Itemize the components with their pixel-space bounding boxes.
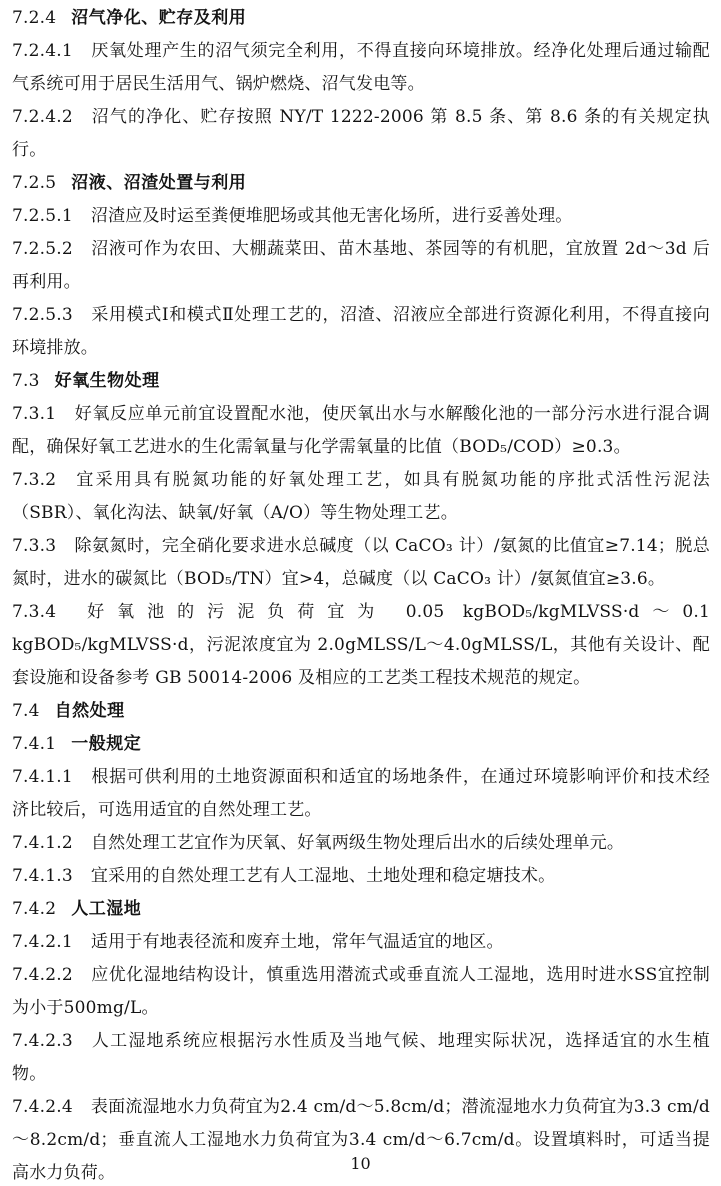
clause-text: 厌氧处理产生的沼气须完全利用，不得直接向环境排放。经净化处理后通过输配气系统可用… (12, 41, 710, 94)
clause-7-2-4-1: 7.2.4.1厌氧处理产生的沼气须完全利用，不得直接向环境排放。经净化处理后通过… (12, 35, 710, 101)
clause-title: 沼气净化、贮存及利用 (71, 8, 246, 28)
clause-7-3: 7.3好氧生物处理 (12, 365, 710, 398)
clause-7-3-4: 7.3.4好氧池的污泥负荷宜为 0.05 kgBOD₅/kgMLVSS·d～0.… (12, 596, 710, 695)
clause-7-2-5-1: 7.2.5.1沼渣应及时运至粪便堆肥场或其他无害化场所，进行妥善处理。 (12, 200, 710, 233)
clause-number: 7.4.2.3 (12, 1025, 73, 1058)
clause-7-3-2: 7.3.2宜采用具有脱氮功能的好氧处理工艺，如具有脱氮功能的序批式活性污泥法（S… (12, 464, 710, 530)
clause-text: 应优化湿地结构设计，慎重选用潜流式或垂直流人工湿地，选用时进水SS宜控制为小于5… (12, 965, 710, 1018)
clause-title: 好氧生物处理 (55, 371, 160, 391)
clause-text: 好氧池的污泥负荷宜为 0.05 kgBOD₅/kgMLVSS·d～0.1 kgB… (12, 602, 710, 688)
clause-title: 自然处理 (55, 701, 125, 721)
clause-number: 7.4.2 (12, 893, 56, 926)
clause-7-4-2-2: 7.4.2.2应优化湿地结构设计，慎重选用潜流式或垂直流人工湿地，选用时进水SS… (12, 959, 710, 1025)
clause-7-2-5: 7.2.5沼液、沼渣处置与利用 (12, 167, 710, 200)
clause-text: 沼气的净化、贮存按照 NY/T 1222-2006 第 8.5 条、第 8.6 … (12, 107, 710, 160)
page-number: 10 (0, 1154, 721, 1174)
clause-number: 7.3.1 (12, 398, 56, 431)
clause-7-4: 7.4自然处理 (12, 695, 710, 728)
document-page: 7.2.4沼气净化、贮存及利用 7.2.4.1厌氧处理产生的沼气须完全利用，不得… (0, 0, 721, 1186)
clause-text: 根据可供利用的土地资源面积和适宜的场地条件，在通过环境影响评价和技术经济比较后，… (12, 767, 710, 820)
clause-7-4-1-1: 7.4.1.1根据可供利用的土地资源面积和适宜的场地条件，在通过环境影响评价和技… (12, 761, 710, 827)
clause-number: 7.2.5.3 (12, 299, 73, 332)
clause-number: 7.3.4 (12, 596, 56, 629)
clause-number: 7.4.2.2 (12, 959, 73, 992)
clause-number: 7.4.1.3 (12, 860, 73, 893)
clause-title: 人工湿地 (71, 899, 141, 919)
clause-7-2-5-3: 7.2.5.3采用模式Ⅰ和模式Ⅱ处理工艺的，沼渣、沼液应全部进行资源化利用，不得… (12, 299, 710, 365)
clause-title: 沼液、沼渣处置与利用 (71, 173, 246, 193)
clause-7-4-2: 7.4.2人工湿地 (12, 893, 710, 926)
clause-number: 7.2.4.1 (12, 35, 73, 68)
clause-number: 7.4 (12, 695, 40, 728)
clause-7-3-1: 7.3.1好氧反应单元前宜设置配水池，使厌氧出水与水解酸化池的一部分污水进行混合… (12, 398, 710, 464)
clause-7-2-4-2: 7.2.4.2沼气的净化、贮存按照 NY/T 1222-2006 第 8.5 条… (12, 101, 710, 167)
clause-text: 宜采用具有脱氮功能的好氧处理工艺，如具有脱氮功能的序批式活性污泥法（SBR）、氧… (12, 470, 710, 523)
clause-number: 7.2.4 (12, 2, 56, 35)
clause-7-2-5-2: 7.2.5.2沼液可作为农田、大棚蔬菜田、苗木基地、茶园等的有机肥，宜放置 2d… (12, 233, 710, 299)
clause-number: 7.2.5.2 (12, 233, 73, 266)
clause-text: 好氧反应单元前宜设置配水池，使厌氧出水与水解酸化池的一部分污水进行混合调配，确保… (12, 404, 710, 457)
clause-7-4-2-3: 7.4.2.3人工湿地系统应根据污水性质及当地气候、地理实际状况，选择适宜的水生… (12, 1025, 710, 1091)
clause-number: 7.4.1.2 (12, 827, 73, 860)
clause-number: 7.2.4.2 (12, 101, 73, 134)
clause-number: 7.3.3 (12, 530, 56, 563)
clause-7-4-1: 7.4.1一般规定 (12, 728, 710, 761)
clause-text: 宜采用的自然处理工艺有人工湿地、土地处理和稳定塘技术。 (91, 866, 555, 886)
clause-7-2-4: 7.2.4沼气净化、贮存及利用 (12, 2, 710, 35)
clause-7-4-2-1: 7.4.2.1适用于有地表径流和废弃土地，常年气温适宜的地区。 (12, 926, 710, 959)
clause-text: 人工湿地系统应根据污水性质及当地气候、地理实际状况，选择适宜的水生植物。 (12, 1031, 710, 1084)
clause-number: 7.4.2.1 (12, 926, 73, 959)
clause-text: 适用于有地表径流和废弃土地，常年气温适宜的地区。 (91, 932, 504, 952)
clause-7-4-1-2: 7.4.1.2自然处理工艺宜作为厌氧、好氧两级生物处理后出水的后续处理单元。 (12, 827, 710, 860)
clause-text: 自然处理工艺宜作为厌氧、好氧两级生物处理后出水的后续处理单元。 (91, 833, 624, 853)
clause-number: 7.3.2 (12, 464, 56, 497)
document-body: 7.2.4沼气净化、贮存及利用 7.2.4.1厌氧处理产生的沼气须完全利用，不得… (12, 2, 710, 1186)
clause-text: 沼液可作为农田、大棚蔬菜田、苗木基地、茶园等的有机肥，宜放置 2d～3d 后再利… (12, 239, 710, 292)
clause-text: 采用模式Ⅰ和模式Ⅱ处理工艺的，沼渣、沼液应全部进行资源化利用，不得直接向环境排放… (12, 305, 710, 358)
clause-number: 7.4.1.1 (12, 761, 73, 794)
clause-text: 除氨氮时，完全硝化要求进水总碱度（以 CaCO₃ 计）/氨氮的比值宜≥7.14；… (12, 536, 710, 589)
clause-text: 沼渣应及时运至粪便堆肥场或其他无害化场所，进行妥善处理。 (91, 206, 573, 226)
clause-7-4-1-3: 7.4.1.3宜采用的自然处理工艺有人工湿地、土地处理和稳定塘技术。 (12, 860, 710, 893)
clause-number: 7.2.5 (12, 167, 56, 200)
clause-number: 7.3 (12, 365, 40, 398)
clause-number: 7.4.1 (12, 728, 56, 761)
clause-number: 7.4.2.4 (12, 1091, 73, 1124)
clause-title: 一般规定 (71, 734, 141, 754)
clause-number: 7.2.5.1 (12, 200, 73, 233)
clause-7-3-3: 7.3.3除氨氮时，完全硝化要求进水总碱度（以 CaCO₃ 计）/氨氮的比值宜≥… (12, 530, 710, 596)
